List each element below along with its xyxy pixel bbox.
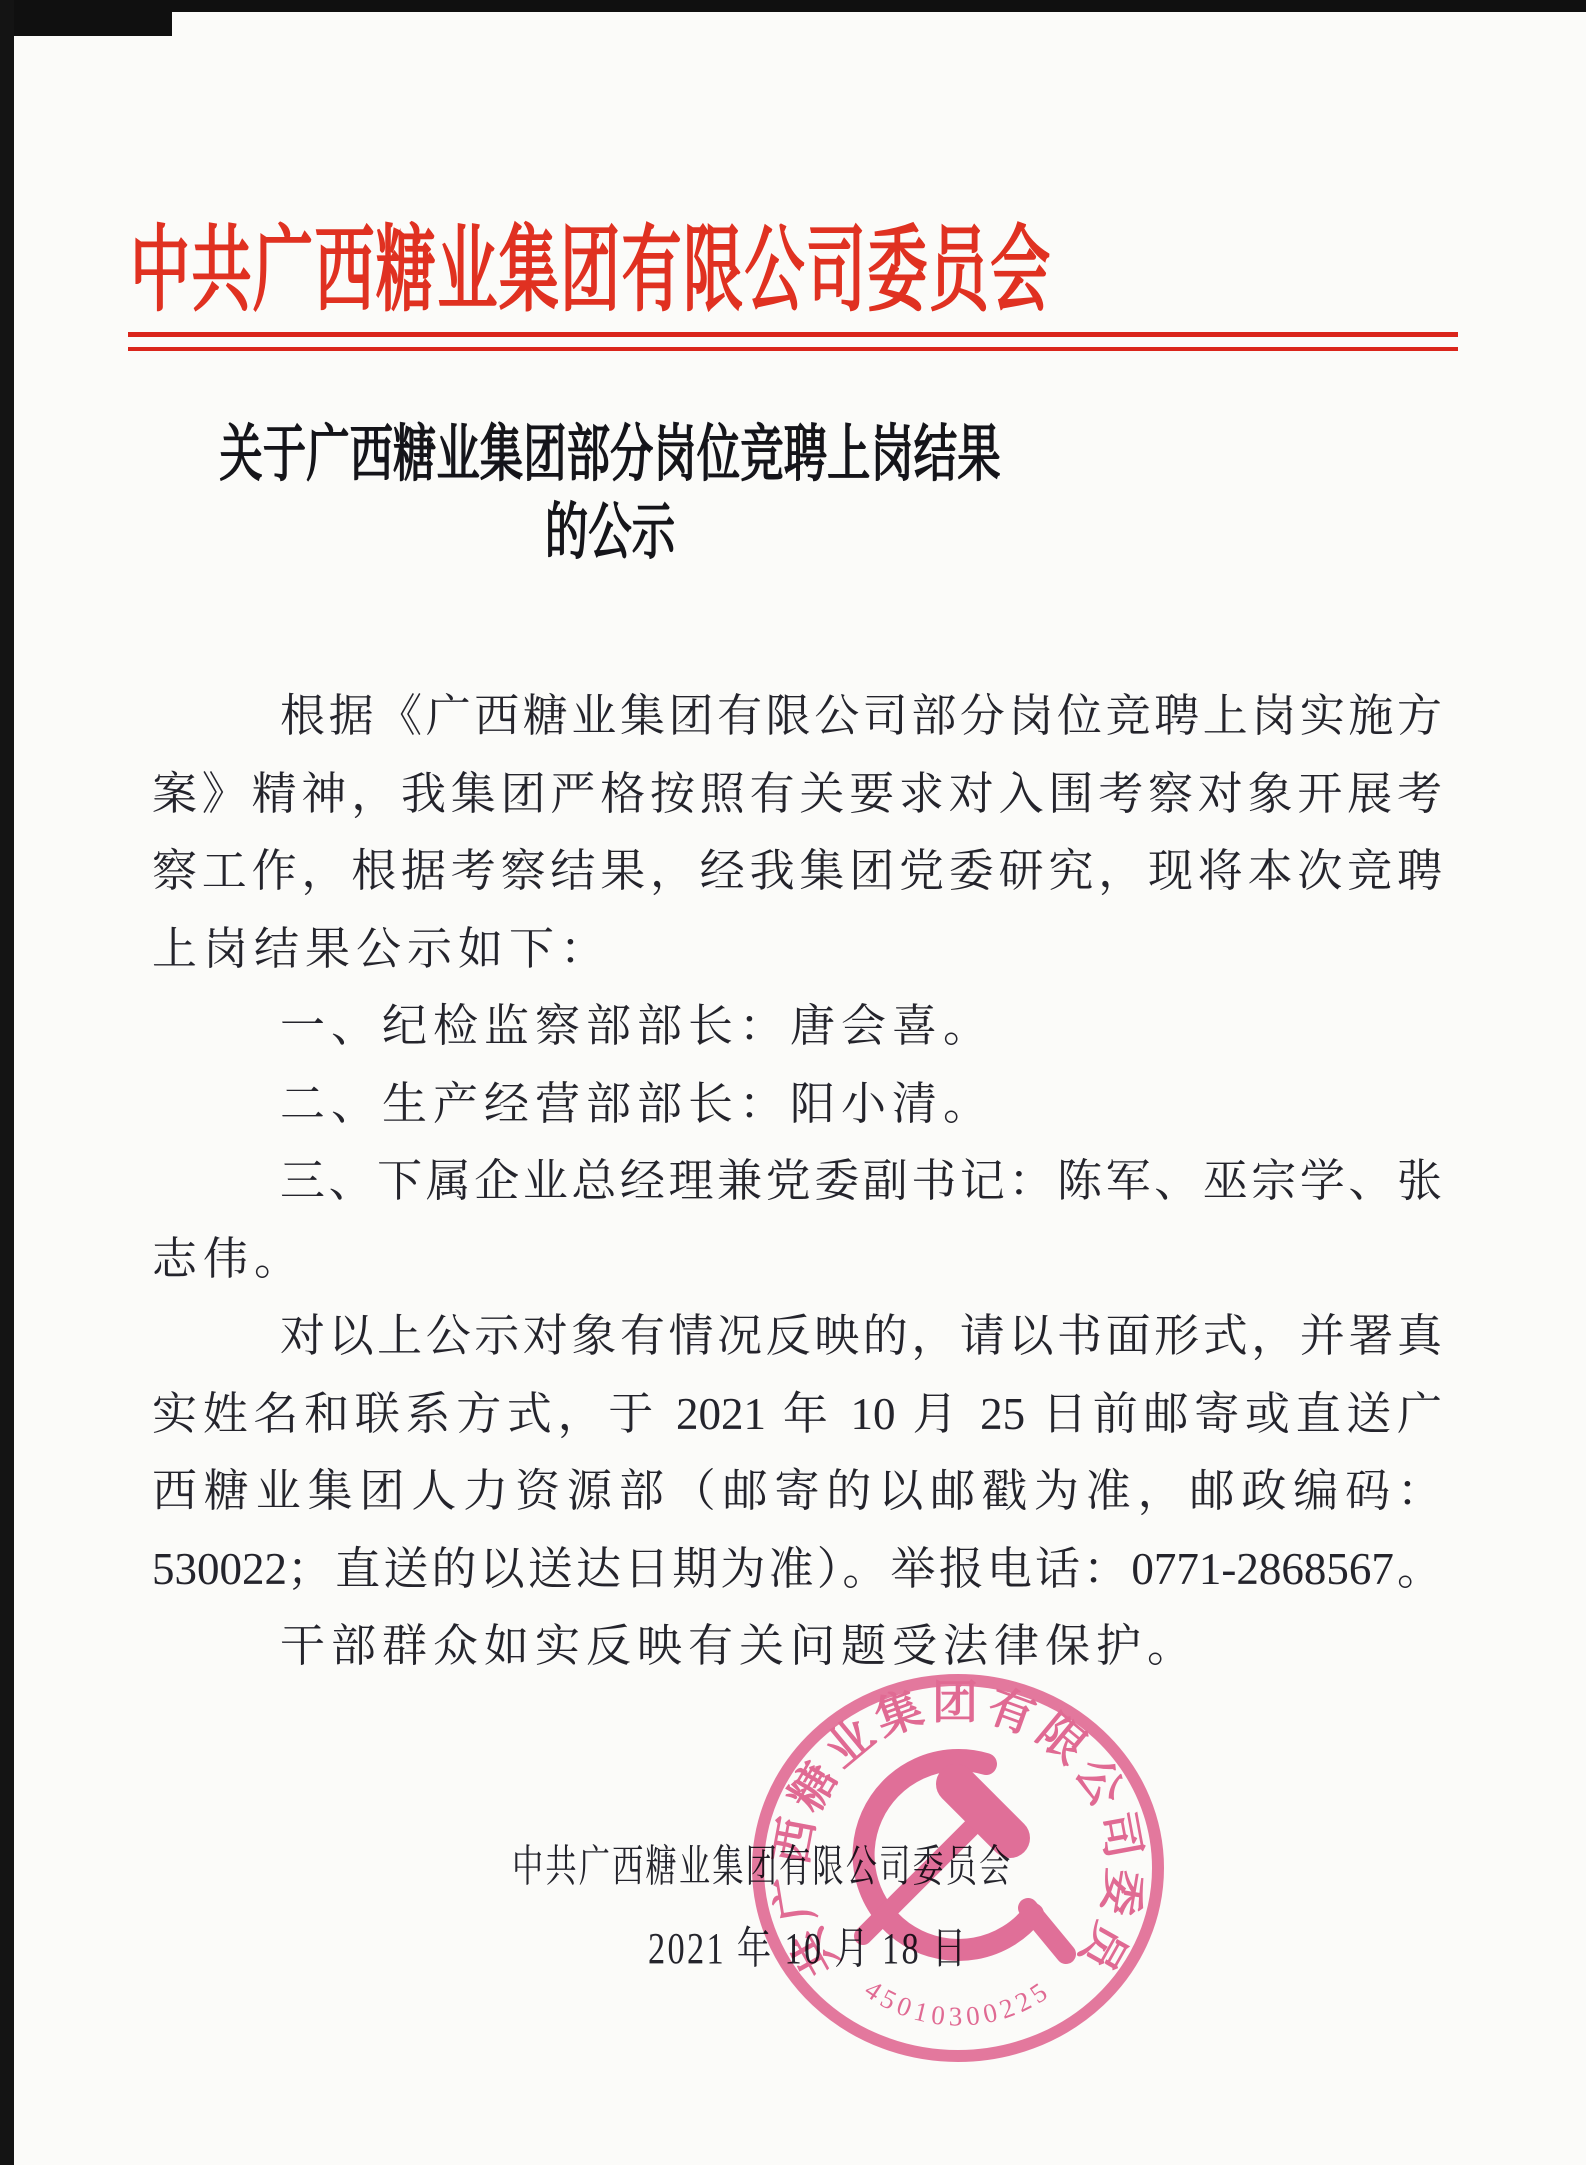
- body-line: 案》精神，我集团严格按照有关要求对入围考察对象开展考: [152, 756, 1442, 834]
- official-seal: 中共广西糖业集团有限公司委员会 45010300225: [728, 1660, 1188, 2080]
- body-line: 实姓名和联系方式，于 2021 年 10 月 25 日前邮寄或直送广: [152, 1376, 1442, 1454]
- seal-ring-text: 中共广西糖业集团有限公司委员会: [728, 1660, 1151, 1984]
- body-line: 一、纪检监察部部长：唐会喜。: [152, 988, 1442, 1066]
- body-line: 上岗结果公示如下：: [152, 911, 1442, 989]
- doc-title: 关于广西糖业集团部分岗位竞聘上岗结果 的公示: [0, 416, 1260, 572]
- body-line: 530022；直送的以送达日期为准）。举报电话：0771-2868567。: [152, 1531, 1442, 1609]
- body-text: 根据《广西糖业集团有限公司部分岗位竞聘上岗实施方 案》精神，我集团严格按照有关要…: [152, 678, 1442, 1686]
- org-header: 中共广西糖业集团有限公司委员会: [130, 222, 1052, 321]
- body-line: 察工作，根据考察结果，经我集团党委研究，现将本次竞聘: [152, 833, 1442, 911]
- body-line: 根据《广西糖业集团有限公司部分岗位竞聘上岗实施方: [152, 678, 1442, 756]
- body-line: 对以上公示对象有情况反映的，请以书面形式，并署真: [152, 1298, 1442, 1376]
- scan-edge-top: [0, 0, 1586, 12]
- doc-title-line2: 的公示: [0, 494, 1260, 572]
- red-rule-bottom: [128, 347, 1458, 351]
- red-rule-top: [128, 332, 1458, 337]
- body-line: 三、下属企业总经理兼党委副书记：陈军、巫宗学、张: [152, 1143, 1442, 1221]
- body-line: 二、生产经营部部长：阳小清。: [152, 1066, 1442, 1144]
- doc-title-line1: 关于广西糖业集团部分岗位竞聘上岗结果: [0, 416, 1260, 494]
- body-line: 西糖业集团人力资源部（邮寄的以邮戳为准，邮政编码：: [152, 1453, 1442, 1531]
- document-page: 中共广西糖业集团有限公司委员会 关于广西糖业集团部分岗位竞聘上岗结果 的公示 根…: [0, 0, 1586, 2165]
- seal-serial-number: 45010300225: [860, 1974, 1057, 2032]
- scan-edge-corner: [0, 0, 172, 36]
- scan-edge-left: [0, 0, 14, 2165]
- body-line: 志伟。: [152, 1221, 1442, 1299]
- hammer-sickle-icon: [863, 1760, 1066, 1954]
